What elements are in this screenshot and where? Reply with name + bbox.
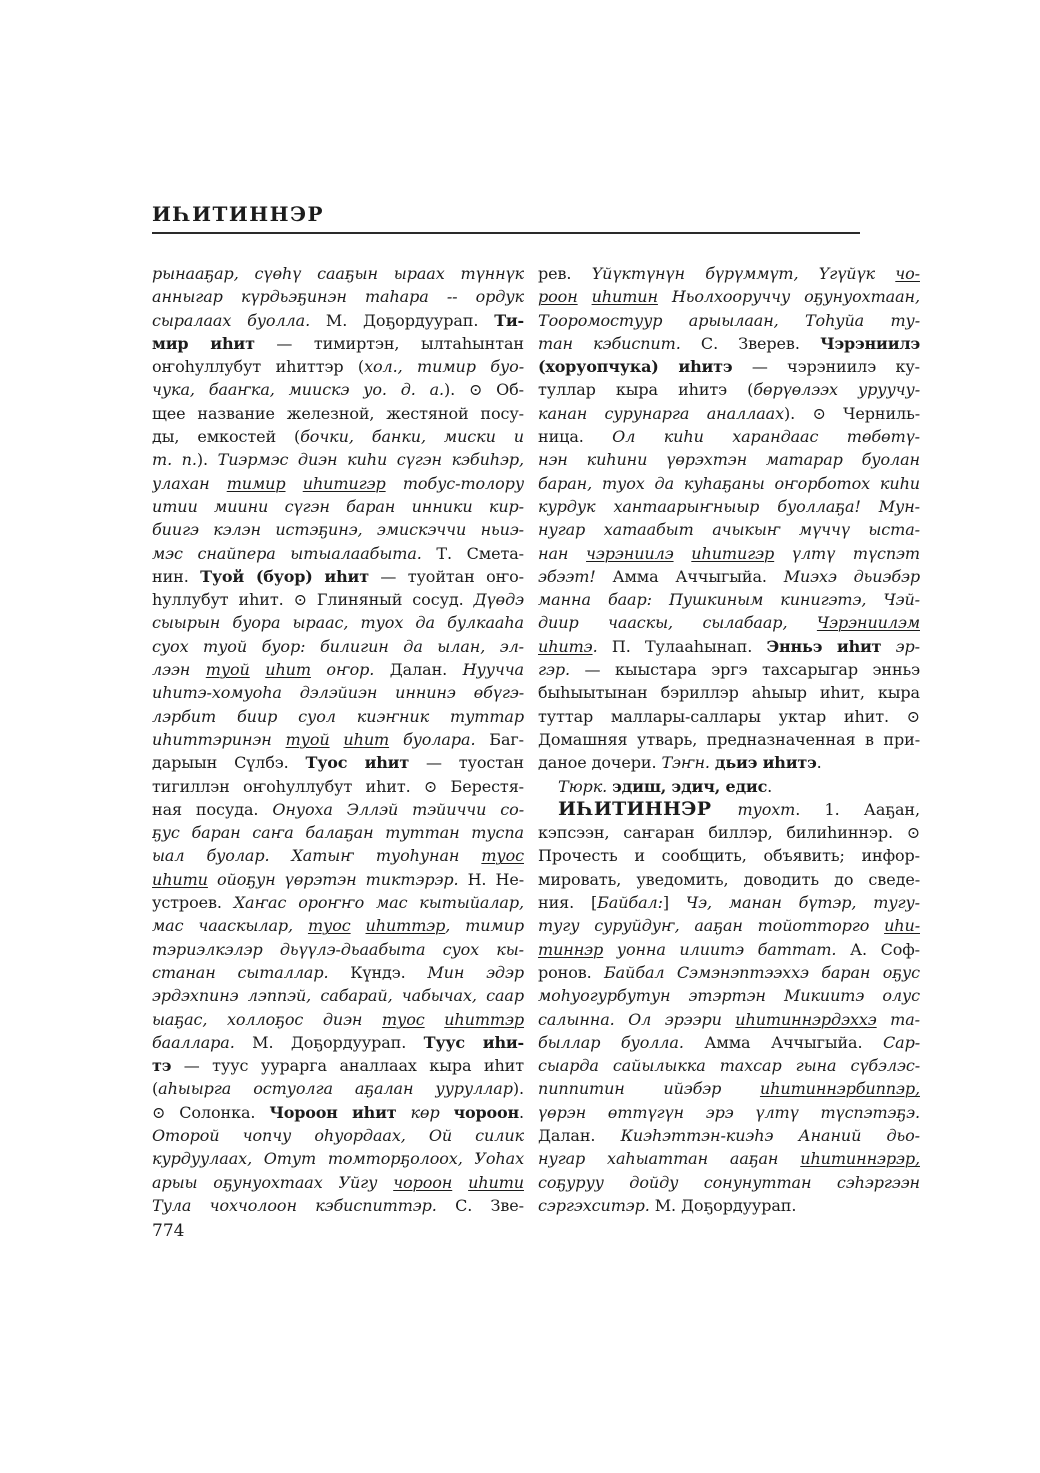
text-segment: Далан. [390, 660, 463, 679]
text-segment: М. Доҕордуурап. [252, 1033, 423, 1052]
text-segment: ния. [ [538, 893, 597, 912]
dictionary-page: ИҺИТИННЭР рынааҕар, сүөһү сааҕын ыраах т… [0, 0, 1040, 1473]
text-segment: щее название железной, жестяной посу- [152, 404, 524, 423]
text-segment: хол., тимир буо- [364, 357, 524, 376]
text-line: Прочесть и сообщить, объявить; инфор- [538, 844, 920, 867]
text-line: Тула чохчолоон кэбиспиттэр. С. Зве- [152, 1194, 524, 1217]
text-segment: Баг- [489, 730, 524, 749]
text-segment: эр- [881, 637, 920, 656]
text-line: роон иһитин Ньолхооруччу оҕунуохтаан, [538, 285, 920, 308]
text-segment: Энньэ иһит [766, 637, 881, 656]
text-segment: туллар кыра иһитэ ( [538, 380, 753, 399]
text-segment: роон [538, 287, 578, 306]
text-line: быллар буолла. Амма Аччыгыйа. Сар- [538, 1031, 920, 1054]
text-segment: сэргэхситэр. [538, 1196, 655, 1215]
page-number: 774 [152, 1221, 184, 1241]
text-segment [351, 916, 366, 935]
text-segment [250, 660, 266, 679]
text-segment: Тиэрмэс диэн киһи сүгэн кэбиһэр, [218, 450, 524, 469]
text-segment: С. Зверев. [701, 334, 820, 353]
text-line: ница. Ол киһи харандаас төбөтү- [538, 425, 920, 448]
text-segment: курдуулаах, Отут томторҕолоох, Уоһах [152, 1149, 524, 1168]
text-segment: эбээт! [538, 567, 612, 586]
text-segment: кэпсээн, саҥаран биллэр, билиһиннэр. ⊙ [538, 823, 920, 842]
text-segment: дьиэ иһитэ [715, 753, 817, 772]
text-segment: тиннэр [538, 940, 603, 959]
text-segment: Миэхэ дьиэбэр [784, 567, 920, 586]
text-line: ҕус баран саҥа балаҕан туттан туспа [152, 821, 524, 844]
text-segment: . [593, 637, 612, 656]
text-segment: Прочесть и сообщить, объявить; инфор- [538, 846, 920, 865]
text-segment: курдук хантаарыҥныыр буоллаҕа! Мун- [538, 497, 920, 516]
text-segment: манна баар: Пушкиным кинигэтэ, Чэй- [538, 590, 920, 609]
text-segment: ронов. [538, 963, 604, 982]
text-line: гэр. — кыыстара эргэ тахсарыгар энньэ [538, 658, 920, 681]
text-segment: Домашняя утварь, предназначенная в при- [538, 730, 920, 749]
text-segment: нугар хаһыаттан ааҕан [538, 1149, 800, 1168]
text-line: үөрэн өттүгүн эрэ үлтү түспэтэҕэ. [538, 1101, 920, 1124]
text-line: тэ — туус уурарга аналлаах кыра иһит [152, 1054, 524, 1077]
text-segment: нэн киһини үөрэхтэн матарар буолан [538, 450, 920, 469]
text-segment: мир иһит [152, 334, 255, 353]
text-segment: иһит [343, 730, 389, 749]
text-segment: тобус-толору [386, 474, 524, 493]
text-line: иһитэ. П. Тулааһынап. Энньэ иһит эр- [538, 635, 920, 658]
text-segment: моһуогурбутун этэртэн Микиитэ олус [538, 986, 920, 1005]
text-segment: ). ⊙ Об- [444, 380, 524, 399]
left-text-column: рынааҕар, сүөһү сааҕын ыраах түннүканныг… [152, 262, 524, 1217]
text-line: итии миини сүгэн баран инники кир- [152, 495, 524, 518]
text-line: быһыытынан бэриллэр аһыыр иһит, кыра [538, 681, 920, 704]
text-segment: . [767, 777, 772, 796]
text-line: анныгар күрдьэҕинэн таһара -- ордук [152, 285, 524, 308]
text-segment: тэ [152, 1056, 171, 1075]
text-segment: ная посуда. [152, 800, 272, 819]
text-segment: Амма Аччыгыйа. [612, 567, 783, 586]
text-segment: Нуучча [463, 660, 524, 679]
text-segment: иһиттэр [444, 1010, 524, 1029]
text-segment: иһитэ-хомуоһа дэлэйиэн иннинэ өбүгэ- [152, 683, 524, 702]
text-line: соҕуруу дойду сонунуттан сэһэргээн [538, 1171, 920, 1194]
text-line: һуллубут иһит. ⊙ Глиняный сосуд. Дүөдэ [152, 588, 524, 611]
text-line: баран, туох да куһаҕаны оҥорботох киһи [538, 472, 920, 495]
text-segment: — кыыстара эргэ тахсарыгар энньэ [570, 660, 920, 679]
text-segment: иһитиннэрбиппэр, [760, 1079, 920, 1098]
text-line: ная посуда. Онуоха Эллэй тэйиччи со- [152, 798, 524, 821]
text-segment [440, 1103, 454, 1122]
text-line: дарыын Сүлбэ. Туос иһит — туостан [152, 751, 524, 774]
text-segment: . [817, 753, 822, 772]
text-segment: иһитигэр [691, 544, 774, 563]
text-segment: лээн [152, 660, 206, 679]
text-segment: тимир [227, 474, 286, 493]
text-line: мас чааскылар, туос иһиттэр, тимир [152, 914, 524, 937]
text-segment: эдиш, эдич, едис [612, 777, 767, 796]
text-segment: ды, емкостей ( [152, 427, 300, 446]
text-segment: Ти- [494, 311, 524, 330]
text-segment: туой [286, 730, 330, 749]
text-segment: улахан [152, 474, 227, 493]
text-segment: т. п. [152, 450, 197, 469]
text-segment: бочки, банки, миски и [300, 427, 524, 446]
text-segment: Чэрэниилэм [817, 613, 920, 632]
text-line: ⊙ Солонка. Чороон иһит көр чороон. [152, 1101, 524, 1124]
text-segment: тугу суруйдуҥ, ааҕан тойотторго [538, 916, 884, 935]
text-segment: сыарда сайылыкка тахсар гына сүбэлэс- [538, 1056, 920, 1075]
text-segment: Тэҥн. [661, 753, 714, 772]
text-line: тэриэлкэлэр дьүүлэ-дьаабыта суох кы- [152, 938, 524, 961]
text-line: рев. Үйүктүнүн бүрүммүт, Үгүйүк чо- [538, 262, 920, 285]
text-line: щее название железной, жестяной посу- [152, 402, 524, 425]
text-segment: Байбал: [597, 893, 663, 912]
text-segment: . 1. Ааҕан, [795, 800, 920, 819]
text-segment [578, 287, 592, 306]
text-segment [330, 730, 344, 749]
text-segment: суох туой буор: билигин да ылан, эл- [152, 637, 524, 656]
text-line: суох туой буор: билигин да ылан, эл- [152, 635, 524, 658]
text-segment: (хоруопчука) иһитэ [538, 357, 732, 376]
text-line: ды, емкостей (бочки, банки, миски и [152, 425, 524, 448]
text-segment: иһитигэр [303, 474, 386, 493]
text-line: сэргэхситэр. М. Доҕордуурап. [538, 1194, 920, 1217]
text-segment: салынна. Ол эрээри [538, 1010, 735, 1029]
text-segment: Н. Не- [468, 870, 524, 889]
text-line: канан сурунарга аналлаах). ⊙ Черниль- [538, 402, 920, 425]
text-segment: һуллубут иһит. ⊙ Глиняный сосуд. [152, 590, 474, 609]
text-segment: чороон [454, 1103, 519, 1122]
text-segment: Хаҥас ороҥҥо мас кытыйалар, [234, 893, 524, 912]
text-segment: Туус иһи- [424, 1033, 524, 1052]
text-segment: Мин эдэр [427, 963, 524, 982]
text-segment: Тула чохчолоон кэбиспиттэр. [152, 1196, 455, 1215]
text-line: тигиллэн оҥоһуллубут иһит. ⊙ Берестя- [152, 775, 524, 798]
text-line: чука, бааҥка, миискэ уо. д. а.). ⊙ Об- [152, 378, 524, 401]
text-segment: даное дочери. [538, 753, 661, 772]
text-segment: тан кэбиспит. [538, 334, 701, 353]
text-segment: иһи- [884, 916, 920, 935]
text-segment: туой [206, 660, 250, 679]
text-segment: үлтү түспэт [774, 544, 920, 563]
text-segment: рев. [538, 264, 592, 283]
text-segment: Чэрэниилэ [820, 334, 920, 353]
text-segment: иһит [265, 660, 311, 679]
text-segment: лэрбит биир суол киэҥник туттар [152, 707, 524, 726]
text-line: даное дочери. Тэҥн. дьиэ иһитэ. [538, 751, 920, 774]
text-line: сыралаах буолла. М. Доҕордуурап. Ти- [152, 309, 524, 332]
text-segment: чэрэниилэ [586, 544, 674, 563]
text-segment: соҕуруу дойду сонунуттан сэһэргээн [538, 1173, 920, 1192]
text-segment: иһити [468, 1173, 524, 1192]
text-line: мэс снайпера ытыалаабыта. Т. Смета- [152, 542, 524, 565]
text-segment: канан сурунарга аналлаах [538, 404, 784, 423]
text-segment: үөрэн өттүгүн эрэ үлтү түспэтэҕэ. [538, 1103, 920, 1122]
text-line: устроев. Хаҥас ороҥҥо мас кытыйалар, [152, 891, 524, 914]
text-segment: М. Доҕордуурап. [655, 1196, 797, 1215]
text-segment: ойоҕун үөрэтэн тиктэрэр. [208, 870, 468, 889]
text-segment [397, 1103, 411, 1122]
text-segment: — туус уурарга аналлаах кыра иһит [171, 1056, 524, 1075]
text-segment: быллар буолла. [538, 1033, 704, 1052]
text-segment: сыырын буора ыраас, туох да булкааһа [152, 613, 524, 632]
text-segment: . [519, 1103, 524, 1122]
text-segment: чороон [393, 1173, 452, 1192]
text-segment: ⊙ Солонка. [152, 1103, 269, 1122]
text-line: биигэ кэлэн истэҕинэ, эмискэччи ньиэ- [152, 518, 524, 541]
text-segment: ыаҕас, холлоҕос диэн [152, 1010, 382, 1029]
text-line: арыы оҕунуохтаах Уйгу чороон иһити [152, 1171, 524, 1194]
text-segment: Чэ, манан бүтэр, тугу- [686, 893, 920, 912]
text-segment: Киэһэттэн-киэһэ Ананий дьо- [621, 1126, 920, 1145]
text-segment: анныгар күрдьэҕинэн таһара -- ордук [152, 287, 524, 306]
text-line: тугу суруйдуҥ, ааҕан тойотторго иһи- [538, 914, 920, 937]
text-segment: ). [197, 450, 218, 469]
text-line: (хоруопчука) иһитэ — чэрэниилэ ку- [538, 355, 920, 378]
text-segment: Үйүктүнүн бүрүммүт, Үгүйүк [592, 264, 896, 283]
text-line: ния. [Байбал:] Чэ, манан бүтэр, тугу- [538, 891, 920, 914]
text-segment: туос [308, 916, 351, 935]
text-line: улахан тимир иһитигэр тобус-толору [152, 472, 524, 495]
text-segment: ҕус баран саҥа балаҕан туттан туспа [152, 823, 524, 842]
text-segment: быһыытынан бэриллэр аһыыр иһит, кыра [538, 683, 920, 702]
text-segment: иһитин [592, 287, 658, 306]
text-line: Тооромостуур арыылаан, Тоһуйа ту- [538, 309, 920, 332]
text-segment: ). ⊙ Черниль- [784, 404, 920, 423]
text-segment: иһиттэр [366, 916, 446, 935]
text-segment: — тимиртэн, ылтаһынтан [255, 334, 524, 353]
text-columns: рынааҕар, сүөһү сааҕын ыраах түннүканныг… [152, 262, 920, 1217]
text-segment: мас чааскылар, [152, 916, 308, 935]
text-segment: ). [513, 1079, 524, 1098]
text-segment: Күндэ. [350, 963, 427, 982]
text-line: нэн киһини үөрэхтэн матарар буолан [538, 448, 920, 471]
text-line: салынна. Ол эрээри иһитиннэрдэххэ та- [538, 1008, 920, 1031]
text-line: курдук хантаарыҥныыр буоллаҕа! Мун- [538, 495, 920, 518]
text-segment: диир чааскы, сылабаар, [538, 613, 817, 632]
text-line: туттар маллары-саллары уктар иһит. ⊙ [538, 705, 920, 728]
text-segment [674, 544, 692, 563]
text-segment: иһитэ [538, 637, 593, 656]
text-line: Далан. Киэһэттэн-киэһэ Ананий дьо- [538, 1124, 920, 1147]
text-segment: туос [481, 846, 524, 865]
text-segment: арыы оҕунуохтаах Уйгу [152, 1173, 393, 1192]
text-segment: иһитиннэрдэххэ [735, 1010, 876, 1029]
text-segment: станан сыталлар. [152, 963, 350, 982]
text-segment: бөрүөлээх уруучу- [753, 380, 920, 399]
text-segment: — туостан [409, 753, 524, 772]
text-line: нан чэрэниилэ иһитигэр үлтү түспэт [538, 542, 920, 565]
text-line: Домашняя утварь, предназначенная в при- [538, 728, 920, 751]
text-line: станан сыталлар. Күндэ. Мин эдэр [152, 961, 524, 984]
text-segment: баран, туох да куһаҕаны оҥорботох киһи [538, 474, 920, 493]
text-segment: Оторой чопчу оһуордаах, Ой силик [152, 1126, 524, 1145]
text-segment: мировать, уведомить, доводить до сведе- [538, 870, 920, 889]
text-segment: тэриэлкэлэр дьүүлэ-дьаабыта суох кы- [152, 940, 524, 959]
text-line: т. п.). Тиэрмэс диэн киһи сүгэн кэбиһэр, [152, 448, 524, 471]
text-segment: Онуоха Эллэй тэйиччи со- [272, 800, 524, 819]
text-segment [286, 474, 303, 493]
text-line: туллар кыра иһитэ (бөрүөлээх уруучу- [538, 378, 920, 401]
text-segment: устроев. [152, 893, 234, 912]
text-line: лээн туой иһит оҥор. Далан. Нуучча [152, 658, 524, 681]
text-segment: ница. [538, 427, 612, 446]
text-segment: иһиттэринэн [152, 730, 286, 749]
text-segment: ] [663, 893, 686, 912]
text-line: ыаҕас, холлоҕос диэн туос иһиттэр [152, 1008, 524, 1031]
text-segment: ИҺИТИННЭР [558, 798, 737, 820]
text-segment: Сар- [883, 1033, 920, 1052]
text-segment: аһыырга остуолга аҕалан ууруллар [158, 1079, 513, 1098]
text-line: оҥоһуллубут иһиттэр (хол., тимир буо- [152, 355, 524, 378]
text-segment: Тооромостуур арыылаан, Тоһуйа ту- [538, 311, 920, 330]
text-segment: мэс снайпера ытыалаабыта. [152, 544, 436, 563]
text-segment: биигэ кэлэн истэҕинэ, эмискэччи ньиэ- [152, 520, 524, 539]
text-segment: иһитиннэрэр, [800, 1149, 920, 1168]
text-line: манна баар: Пушкиным кинигэтэ, Чэй- [538, 588, 920, 611]
text-segment: бааллара. [152, 1033, 252, 1052]
text-segment: — чэрэниилэ ку- [732, 357, 920, 376]
text-segment: Далан. [538, 1126, 621, 1145]
text-line: нугар хаһыаттан ааҕан иһитиннэрэр, [538, 1147, 920, 1170]
text-line: кэпсээн, саҥаран биллэр, билиһиннэр. ⊙ [538, 821, 920, 844]
text-segment: итии миини сүгэн баран инники кир- [152, 497, 524, 516]
text-segment: оҥоһуллубут иһиттэр ( [152, 357, 364, 376]
text-segment: М. Доҕордуурап. [326, 311, 494, 330]
header-rule-divider [152, 232, 860, 234]
text-segment: Туос иһит [306, 753, 410, 772]
text-segment: А. Соф- [850, 940, 920, 959]
text-segment: буолара. [389, 730, 489, 749]
text-segment: ыал буолар. Хатыҥ туоһунан [152, 846, 481, 865]
text-segment: нин. [152, 567, 200, 586]
text-line: иһитэ-хомуоһа дэлэйиэн иннинэ өбүгэ- [152, 681, 524, 704]
text-segment: С. Зве- [455, 1196, 524, 1215]
text-segment: туос [382, 1010, 425, 1029]
text-line: моһуогурбутун этэртэн Микиитэ олус [538, 984, 920, 1007]
text-segment: рынааҕар, сүөһү сааҕын ыраах түннүк [152, 264, 524, 283]
text-segment: нугар хатаабыт ачыкыҥ мүччү ыста- [538, 520, 920, 539]
text-segment: — туойтан оҥо- [369, 567, 524, 586]
text-line: ронов. Байбал Сэмэнэптээххэ баран оҕус [538, 961, 920, 984]
text-segment: эрдэхпинэ лэппэй, сабарай, чабычах, саар [152, 986, 524, 1005]
text-line: нугар хатаабыт ачыкыҥ мүччү ыста- [538, 518, 920, 541]
text-segment: Амма Аччыгыйа. [704, 1033, 883, 1052]
text-line: курдуулаах, Отут томторҕолоох, Уоһах [152, 1147, 524, 1170]
text-segment: Туой (буор) иһит [200, 567, 369, 586]
text-segment [452, 1173, 468, 1192]
text-line: иһити ойоҕун үөрэтэн тиктэрэр. Н. Не- [152, 868, 524, 891]
text-line: иһиттэринэн туой иһит буолара. Баг- [152, 728, 524, 751]
text-line: нин. Туой (буор) иһит — туойтан оҥо- [152, 565, 524, 588]
text-segment: Дүөдэ [474, 590, 524, 609]
text-segment: гэр. [538, 660, 570, 679]
text-segment: көр [410, 1103, 439, 1122]
text-line: мировать, уведомить, доводить до сведе- [538, 868, 920, 891]
text-segment: Ньолхооруччу оҕунуохтаан, [658, 287, 920, 306]
text-segment: дарыын Сүлбэ. [152, 753, 306, 772]
text-line: бааллара. М. Доҕордуурап. Туус иһи- [152, 1031, 524, 1054]
text-segment: оҥор. [311, 660, 390, 679]
text-line: сыарда сайылыкка тахсар гына сүбэлэс- [538, 1054, 920, 1077]
text-line: пиппитин ийэбэр иһитиннэрбиппэр, [538, 1077, 920, 1100]
text-segment: пиппитин ийэбэр [538, 1079, 760, 1098]
text-segment: туттар маллары-саллары уктар иһит. ⊙ [538, 707, 920, 726]
text-line: мир иһит — тимиртэн, ылтаһынтан [152, 332, 524, 355]
right-text-column: рев. Үйүктүнүн бүрүммүт, Үгүйүк чо-роон … [538, 262, 920, 1217]
text-segment [425, 1010, 445, 1029]
text-segment: , тимир [445, 916, 524, 935]
text-line: сыырын буора ыраас, туох да булкааһа [152, 611, 524, 634]
text-line: Оторой чопчу оһуордаах, Ой силик [152, 1124, 524, 1147]
text-segment: иһити [152, 870, 208, 889]
text-segment: та- [877, 1010, 920, 1029]
text-segment: Т. Смета- [436, 544, 524, 563]
text-line: эрдэхпинэ лэппэй, сабарай, чабычах, саар [152, 984, 524, 1007]
text-segment: Чороон иһит [269, 1103, 396, 1122]
text-segment: П. Тулааһынап. [612, 637, 767, 656]
text-line: эбээт! Амма Аччыгыйа. Миэхэ дьиэбэр [538, 565, 920, 588]
text-line: рынааҕар, сүөһү сааҕын ыраах түннүк [152, 262, 524, 285]
text-segment: нан [538, 544, 586, 563]
running-head: ИҺИТИННЭР [152, 202, 324, 226]
text-line: ыал буолар. Хатыҥ туоһунан туос [152, 844, 524, 867]
text-segment: Байбал Сэмэнэптээххэ баран оҕус [604, 963, 920, 982]
text-segment: туохт [737, 800, 795, 819]
text-segment: сыралаах буолла. [152, 311, 326, 330]
text-line: ИҺИТИННЭР туохт. 1. Ааҕан, [538, 798, 920, 821]
text-segment: уонна илиитэ баттат. [603, 940, 850, 959]
text-segment: тигиллэн оҥоһуллубут иһит. ⊙ Берестя- [152, 777, 524, 796]
text-line: Тюрк. эдиш, эдич, едис. [538, 775, 920, 798]
text-segment: чука, бааҥка, миискэ уо. д. а. [152, 380, 444, 399]
text-segment: Тюрк. [558, 777, 612, 796]
text-line: (аһыырга остуолга аҕалан ууруллар). [152, 1077, 524, 1100]
text-line: тиннэр уонна илиитэ баттат. А. Соф- [538, 938, 920, 961]
text-segment: чо- [895, 264, 920, 283]
text-line: диир чааскы, сылабаар, Чэрэниилэм [538, 611, 920, 634]
text-segment: Ол киһи харандаас төбөтү- [612, 427, 920, 446]
text-line: тан кэбиспит. С. Зверев. Чэрэниилэ [538, 332, 920, 355]
text-line: лэрбит биир суол киэҥник туттар [152, 705, 524, 728]
